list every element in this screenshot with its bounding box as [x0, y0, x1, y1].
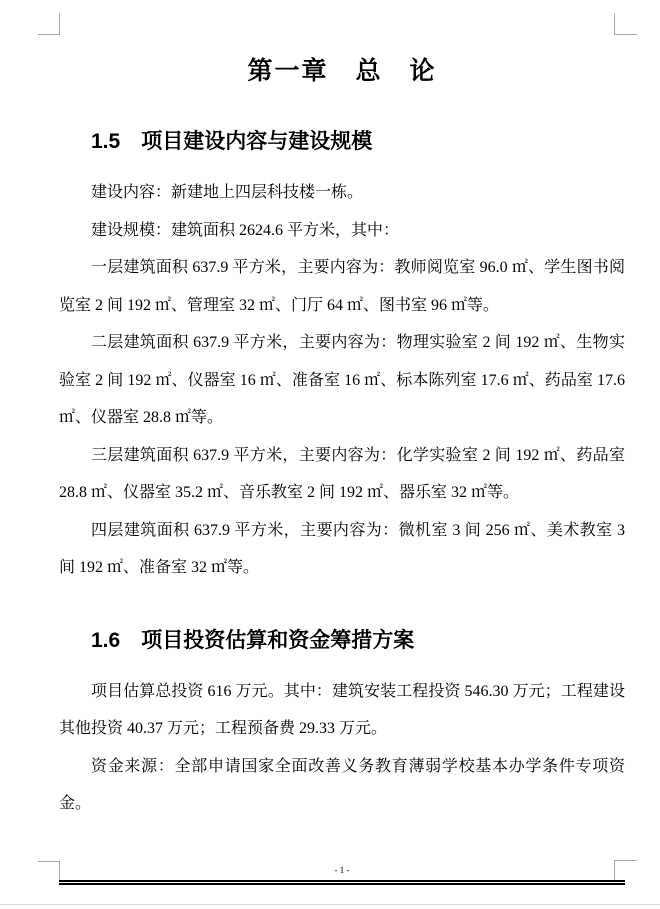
body-paragraph: 二层建筑面积 637.9 平方米，主要内容为：物理实验室 2 间 192 ㎡、生… [59, 324, 625, 437]
body-paragraph: 三层建筑面积 637.9 平方米，主要内容为：化学实验室 2 间 192 ㎡、药… [59, 437, 625, 512]
section-heading: 1.5 项目建设内容与建设规模 [59, 128, 625, 156]
page-bottom-edge [0, 904, 660, 905]
footer-rule [59, 880, 625, 885]
section-paragraphs: 项目估算总投资 616 万元。其中：建筑安装工程投资 546.30 万元；工程建… [59, 673, 625, 823]
section-paragraphs: 建设内容：新建地上四层科技楼一栋。建设规模：建筑面积 2624.6 平方米，其中… [59, 174, 625, 587]
body-paragraph: 资金来源：全部申请国家全面改善义务教育薄弱学校基本办学条件专项资金。 [59, 748, 625, 823]
page-footer: - 1 - [59, 860, 625, 885]
body-paragraph: 项目估算总投资 616 万元。其中：建筑安装工程投资 546.30 万元；工程建… [59, 673, 625, 748]
document-content: 第一章 总 论 1.5 项目建设内容与建设规模建设内容：新建地上四层科技楼一栋。… [59, 0, 625, 823]
crop-mark-top-left [38, 13, 60, 35]
section-heading: 1.6 项目投资估算和资金筹措方案 [59, 627, 625, 655]
body-paragraph: 一层建筑面积 637.9 平方米，主要内容为：教师阅览室 96.0 ㎡、学生图书… [59, 249, 625, 324]
document-page: 第一章 总 论 1.5 项目建设内容与建设规模建设内容：新建地上四层科技楼一栋。… [0, 0, 660, 909]
document-sections: 1.5 项目建设内容与建设规模建设内容：新建地上四层科技楼一栋。建设规模：建筑面… [59, 128, 625, 823]
page-number: - 1 - [59, 860, 625, 880]
body-paragraph: 四层建筑面积 637.9 平方米，主要内容为：微机室 3 间 256 ㎡、美术教… [59, 512, 625, 587]
body-paragraph: 建设内容：新建地上四层科技楼一栋。 [59, 174, 625, 212]
body-paragraph: 建设规模：建筑面积 2624.6 平方米，其中： [59, 212, 625, 250]
crop-mark-bottom-left [38, 861, 60, 884]
chapter-title: 第一章 总 论 [59, 54, 625, 88]
